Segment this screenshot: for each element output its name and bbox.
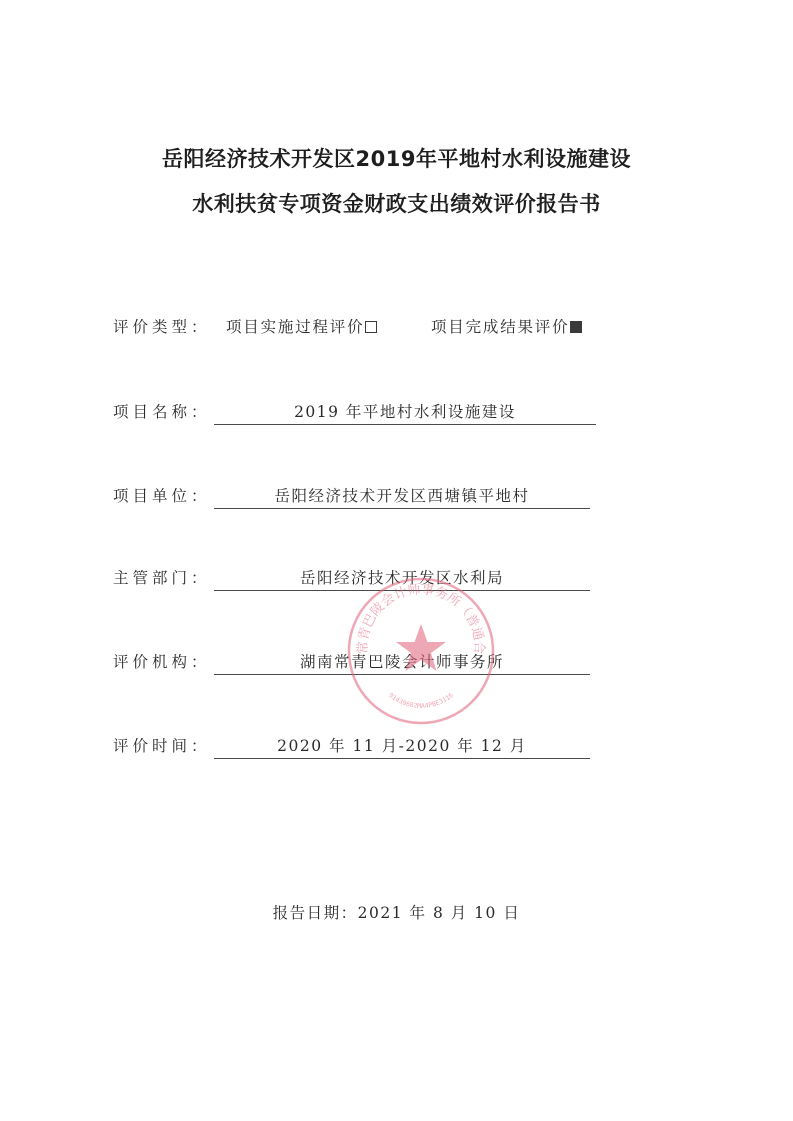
document-title-line-2: 水利扶贫专项资金财政支出绩效评价报告书 xyxy=(0,188,793,218)
field-label-project-unit: 项目单位： xyxy=(113,484,211,508)
field-value-department: 岳阳经济技术开发区水利局 xyxy=(214,566,590,591)
document-title-line-1: 岳阳经济技术开发区2019年平地村水利设施建设 xyxy=(0,143,793,173)
field-value-text: 2019 年平地村水利设施建设 xyxy=(294,400,516,424)
field-label-evaluator: 评价机构： xyxy=(113,650,211,674)
unchecked-checkbox-icon[interactable] xyxy=(365,321,377,333)
field-label-department: 主管部门： xyxy=(113,566,211,590)
report-date: 报告日期：2021 年 8 月 10 日 xyxy=(0,901,793,923)
option-process-evaluation[interactable]: 项目实施过程评价 xyxy=(226,315,377,339)
field-value-project-name: 2019 年平地村水利设施建设 xyxy=(214,400,596,425)
field-value-text: 湖南常青巴陵会计师事务所 xyxy=(300,650,504,674)
checked-checkbox-icon[interactable] xyxy=(570,321,582,333)
seal-code-text: 91430602MA4PBE3116 xyxy=(387,691,455,710)
field-value-text: 岳阳经济技术开发区水利局 xyxy=(300,566,504,590)
option-process-evaluation-label: 项目实施过程评价 xyxy=(226,318,364,336)
evaluation-type-label: 评价类型： xyxy=(113,315,211,339)
option-result-evaluation-label: 项目完成结果评价 xyxy=(431,318,569,336)
option-result-evaluation[interactable]: 项目完成结果评价 xyxy=(431,315,582,339)
field-value-evaluation-period: 2020 年 11 月-2020 年 12 月 xyxy=(214,734,590,759)
field-label-project-name: 项目名称： xyxy=(113,400,211,424)
field-value-text: 岳阳经济技术开发区西塘镇平地村 xyxy=(274,484,529,508)
field-label-evaluation-period: 评价时间： xyxy=(113,734,211,758)
field-value-text: 2020 年 11 月-2020 年 12 月 xyxy=(277,734,527,758)
field-value-evaluator: 湖南常青巴陵会计师事务所 xyxy=(214,650,590,675)
field-value-project-unit: 岳阳经济技术开发区西塘镇平地村 xyxy=(214,484,590,509)
